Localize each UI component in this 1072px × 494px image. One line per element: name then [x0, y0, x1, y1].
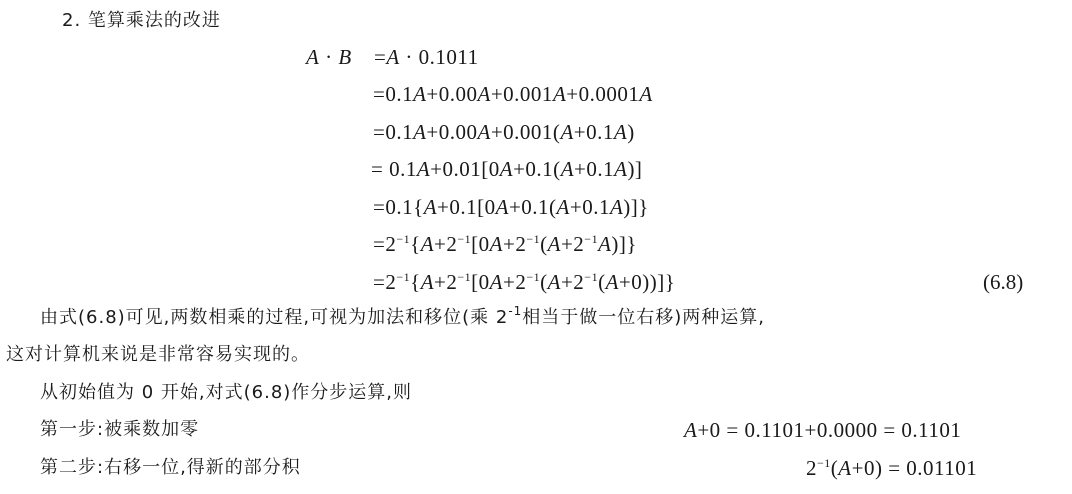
derivation-line-1: =A · 0.1011 — [374, 45, 479, 69]
step-2-label: 第二步:右移一位,得新的部分积 — [40, 456, 301, 480]
derivation-line-6: =2−1{A+2−1[0A+2−1(A+2−1A)]} — [373, 232, 637, 256]
paragraph-1-text-a: 由式(6.8)可见,两数相乘的过程,可视为加法和移位(乘 2 — [40, 307, 508, 328]
paragraph-1-sup: -1 — [508, 304, 522, 318]
derivation-line-2: =0.1A+0.00A+0.001A+0.0001A — [373, 82, 653, 106]
step-1-label: 第一步:被乘数加零 — [40, 418, 199, 442]
paragraph-1-text-b: 相当于做一位右移)两种运算, — [522, 307, 765, 328]
paragraph-2: 从初始值为 0 开始,对式(6.8)作分步运算,则 — [40, 381, 412, 405]
derivation-line-5: =0.1{A+0.1[0A+0.1(A+0.1A)]} — [373, 195, 649, 219]
derivation-line-7: =2−1{A+2−1[0A+2−1(A+2−1(A+0))]} — [373, 270, 675, 294]
derivation-line-3: =0.1A+0.00A+0.001(A+0.1A) — [373, 120, 635, 144]
equation-number: (6.8) — [983, 270, 1023, 294]
paragraph-1-line-2: 这对计算机来说是非常容易实现的。 — [6, 343, 310, 367]
derivation-lhs: A · B — [306, 45, 352, 69]
section-heading: 2. 笔算乘法的改进 — [62, 9, 221, 33]
paragraph-1-line-1: 由式(6.8)可见,两数相乘的过程,可视为加法和移位(乘 2-1相当于做一位右移… — [40, 306, 765, 330]
step-1-formula: A+0 = 0.1101+0.0000 = 0.1101 — [684, 418, 961, 442]
derivation-line-4: = 0.1A+0.01[0A+0.1(A+0.1A)] — [371, 157, 642, 181]
step-2-formula: 2−1(A+0) = 0.01101 — [806, 456, 977, 480]
